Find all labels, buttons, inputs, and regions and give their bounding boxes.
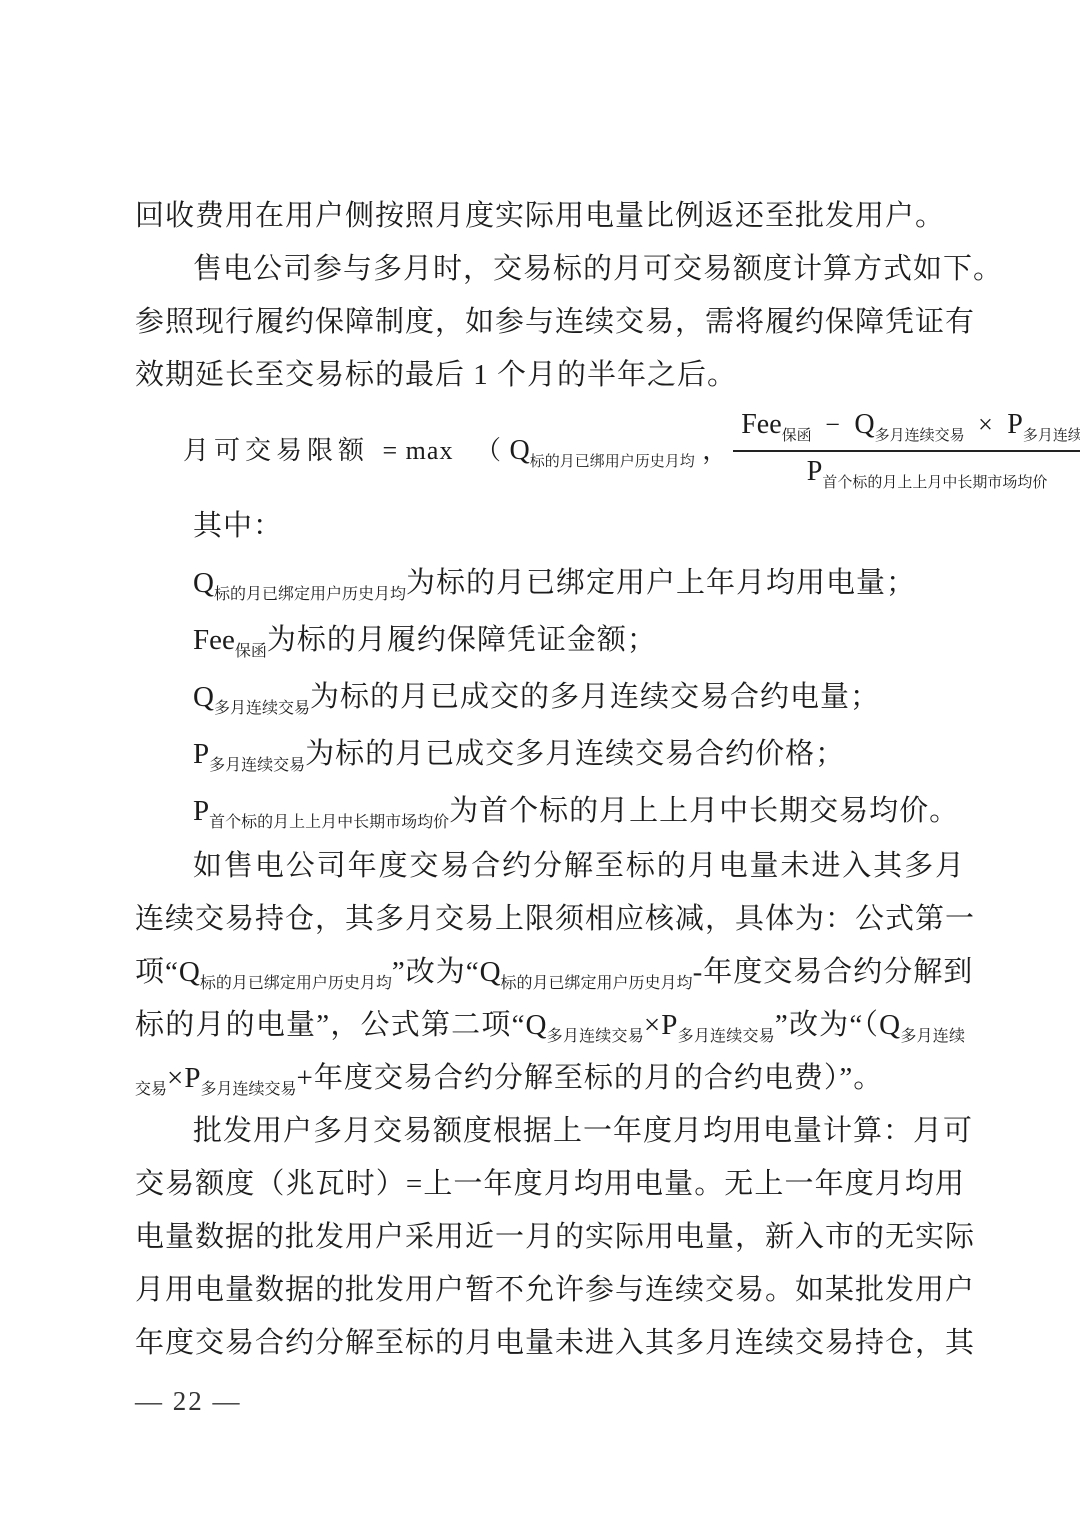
math-var: Q xyxy=(179,956,200,988)
text-run: 效期延长至交易标的最后 1 个月的半年之后。 xyxy=(135,359,737,391)
paragraphs-top: 回收费用在用户侧按照月度实际用电量比例返还至批发用户。售电公司参与多月时，交易标… xyxy=(135,190,965,402)
text-line: 电量数据的批发用户采用近一月的实际用电量，新入市的无实际 xyxy=(135,1211,965,1264)
math-subscript: 首个标的月上上月中长期市场均价 xyxy=(209,814,449,831)
text-run: 参照现行履约保障制度，如参与连续交易，需将履约保障凭证有 xyxy=(135,306,975,338)
text-run: 项“ xyxy=(135,956,179,988)
minus-operator: − xyxy=(825,410,841,439)
text-line: 批发用户多月交易额度根据上一年度月均用电量计算：月可 xyxy=(135,1105,965,1158)
text-run: 为标的月已成交的多月连续交易合约电量； xyxy=(310,681,880,713)
math-var: Fee xyxy=(193,624,235,656)
text-run: +年度交易合约分解至标的月的合约电费）”。 xyxy=(297,1062,884,1094)
text-line: 连续交易持仓，其多月交易上限须相应核减，具体为：公式第一 xyxy=(135,893,965,946)
fraction-numerator: Fee保函 − Q多月连续交易 × P多月连续交易 xyxy=(733,409,1080,452)
math-var: Q xyxy=(509,435,529,466)
math-var: P xyxy=(193,738,209,770)
math-subscript: 保函 xyxy=(782,428,812,444)
text-run: ”改为“ xyxy=(392,956,480,988)
text-run: 为标的月已绑定用户上年月均用电量； xyxy=(406,567,916,599)
math-var: P xyxy=(184,1062,200,1094)
text-run: 回收费用在用户侧按照月度实际用电量比例返还至批发用户。 xyxy=(135,200,945,232)
math-subscript: 标的月已绑用户历史月均 xyxy=(530,454,695,470)
math-var: P xyxy=(193,795,209,827)
math-subscript: 首个标的月上上月中长期市场均价 xyxy=(822,475,1047,491)
formula-fraction: Fee保函 − Q多月连续交易 × P多月连续交易 P首个标的月上上月中长期市场… xyxy=(733,409,1080,492)
text-line: 效期延长至交易标的最后 1 个月的半年之后。 xyxy=(135,349,965,402)
math-subscript: 标的月已绑定用户历史月均 xyxy=(214,586,406,603)
math-var: Q xyxy=(525,1009,546,1041)
text-run: 批发用户多月交易额度根据上一年度月均用电量计算：月可 xyxy=(193,1115,973,1147)
math-subscript: 标的月已绑定用户历史月均 xyxy=(200,975,392,992)
page-footer: — 22 — xyxy=(135,1386,242,1417)
formula-equals-max: = max xyxy=(383,436,454,465)
text-run: 其中： xyxy=(193,510,283,542)
math-var: Q xyxy=(854,409,874,440)
math-var: P xyxy=(661,1009,677,1041)
formula-open-paren: （ xyxy=(475,436,502,465)
text-line: P多月连续交易为标的月已成交多月连续交易合约价格； xyxy=(135,726,965,783)
paragraphs-bottom: 如售电公司年度交易合约分解至标的月电量未进入其多月连续交易持仓，其多月交易上限须… xyxy=(135,840,965,1370)
text-line: 交易×P多月连续交易+年度交易合约分解至标的月的合约电费）”。 xyxy=(135,1052,965,1105)
math-subscript: 标的月已绑定用户历史月均 xyxy=(501,975,693,992)
text-run: -年度交易合约分解到 xyxy=(693,956,974,988)
fraction-denominator: P首个标的月上上月中长期市场均价 xyxy=(807,452,1048,492)
math-var: Q xyxy=(879,1009,900,1041)
text-run: 为首个标的月上上月中长期交易均价。 xyxy=(449,795,959,827)
text-line: 标的月的电量”，公式第二项“Q多月连续交易×P多月连续交易”改为“（Q多月连续 xyxy=(135,999,965,1052)
text-line: 参照现行履约保障制度，如参与连续交易，需将履约保障凭证有 xyxy=(135,296,965,349)
text-line: 回收费用在用户侧按照月度实际用电量比例返还至批发用户。 xyxy=(135,190,965,243)
document-page: 回收费用在用户侧按照月度实际用电量比例返还至批发用户。售电公司参与多月时，交易标… xyxy=(0,0,1080,1527)
math-var: P xyxy=(807,456,823,487)
text-line: Q多月连续交易为标的月已成交的多月连续交易合约电量； xyxy=(135,669,965,726)
math-subscript: 保函 xyxy=(235,643,267,660)
text-run: ”改为“（ xyxy=(775,1009,879,1041)
formula-left-side: 月可交易限额 = max （ Q标的月已绑用户历史月均 ， xyxy=(183,430,729,471)
math-subscript: 多月连续 xyxy=(900,1028,965,1045)
math-subscript: 多月连续交易 xyxy=(875,428,965,444)
text-run: 连续交易持仓，其多月交易上限须相应核减，具体为：公式第一 xyxy=(135,903,975,935)
text-run: 为标的月已成交多月连续交易合约价格； xyxy=(305,738,845,770)
text-line: 年度交易合约分解至标的月电量未进入其多月连续交易持仓，其 xyxy=(135,1317,965,1370)
text-run: 月用电量数据的批发用户暂不允许参与连续交易。如某批发用户 xyxy=(135,1274,975,1306)
text-line: Q标的月已绑定用户历史月均为标的月已绑定用户上年月均用电量； xyxy=(135,555,965,612)
text-line: 如售电公司年度交易合约分解至标的月电量未进入其多月 xyxy=(135,840,965,893)
math-subscript: 多月连续交易 xyxy=(546,1028,643,1045)
text-run: 如售电公司年度交易合约分解至标的月电量未进入其多月 xyxy=(193,850,965,882)
text-run: 交易额度（兆瓦时）=上一年度月均用电量。无上一年度月均用 xyxy=(135,1168,965,1200)
document-body: 回收费用在用户侧按照月度实际用电量比例返还至批发用户。售电公司参与多月时，交易标… xyxy=(135,190,965,1370)
text-run: 为标的月履约保障凭证金额； xyxy=(267,624,657,656)
formula-block: 月可交易限额 = max （ Q标的月已绑用户历史月均 ， Fee保函 − Q多… xyxy=(183,402,965,498)
text-run: × xyxy=(167,1062,184,1094)
where-definitions: 其中：Q标的月已绑定用户历史月均为标的月已绑定用户上年月均用电量；Fee保函为标… xyxy=(135,498,965,840)
text-line: 交易额度（兆瓦时）=上一年度月均用电量。无上一年度月均用 xyxy=(135,1158,965,1211)
page-number: — 22 — xyxy=(135,1386,242,1416)
text-line: Fee保函为标的月履约保障凭证金额； xyxy=(135,612,965,669)
math-subscript: 多月连续交易 xyxy=(677,1028,774,1045)
text-run: 电量数据的批发用户采用近一月的实际用电量，新入市的无实际 xyxy=(135,1221,975,1253)
math-var: P xyxy=(1007,409,1023,440)
math-var: Q xyxy=(193,681,214,713)
text-line: 其中： xyxy=(135,498,965,555)
text-run: 标的月的电量”，公式第二项“ xyxy=(135,1009,525,1041)
math-subscript: 多月连续交易 xyxy=(214,700,310,717)
math-subscript: 多月连续交易 xyxy=(209,757,305,774)
text-line: 月用电量数据的批发用户暂不允许参与连续交易。如某批发用户 xyxy=(135,1264,965,1317)
math-subscript: 交易 xyxy=(135,1081,167,1098)
times-operator: × xyxy=(978,410,994,439)
math-var: Q xyxy=(193,567,214,599)
text-run: 售电公司参与多月时，交易标的月可交易额度计算方式如下。 xyxy=(193,253,1003,285)
math-var: Fee xyxy=(741,409,781,440)
math-subscript: 多月连续交易 xyxy=(1023,428,1080,444)
text-run: 年度交易合约分解至标的月电量未进入其多月连续交易持仓，其 xyxy=(135,1327,975,1359)
formula-lhs: 月可交易限额 xyxy=(183,436,369,465)
math-var: Q xyxy=(480,956,501,988)
math-subscript: 多月连续交易 xyxy=(201,1081,297,1098)
text-line: 项“Q标的月已绑定用户历史月均”改为“Q标的月已绑定用户历史月均-年度交易合约分… xyxy=(135,946,965,999)
text-line: 售电公司参与多月时，交易标的月可交易额度计算方式如下。 xyxy=(135,243,965,296)
text-line: P首个标的月上上月中长期市场均价为首个标的月上上月中长期交易均价。 xyxy=(135,783,965,840)
formula-comma: ， xyxy=(702,436,729,465)
text-run: × xyxy=(644,1009,661,1041)
